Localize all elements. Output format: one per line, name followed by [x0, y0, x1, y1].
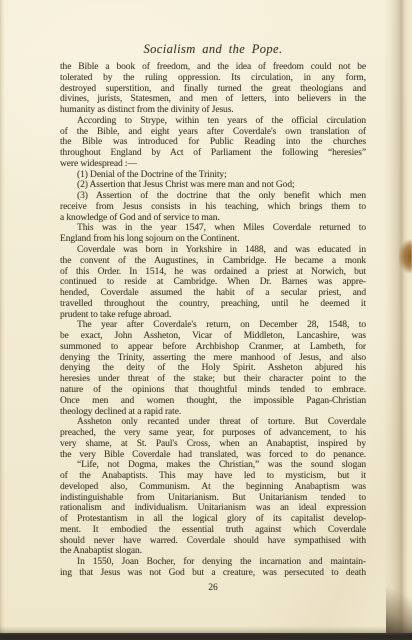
page-title: Socialism and the Pope. [60, 42, 366, 57]
text-line: travelled throughout the country, preach… [60, 299, 366, 310]
text-line: heresies under threat of the stake; but … [60, 374, 366, 385]
text-line: should never have warred. Coverdale shou… [60, 536, 366, 547]
text-line: ment. It embodied the essential truth ag… [60, 525, 366, 536]
text-line: summoned to appear before Archbishop Cra… [60, 342, 366, 353]
text-line: the Anabaptist slogan. [60, 546, 366, 557]
bottom-background-strip [0, 633, 412, 640]
list-item: (1) Denial of the Doctrine of the Trinit… [60, 170, 366, 181]
bottom-fold-shadow [0, 626, 412, 633]
text-line: (3) Assertion of the doctrine that the o… [60, 191, 366, 202]
paragraph: This was in the year 1547, when Miles Co… [60, 223, 366, 245]
text-line: humanity as distinct from the divinity o… [60, 105, 366, 116]
text-line: of the Bible, and eight years after Cove… [60, 127, 366, 138]
text-line: the convent of the Augustines, in Cambri… [60, 256, 366, 267]
right-page-fore-edge [384, 0, 412, 633]
text-line: denying the deity of the Holy Spirit. As… [60, 363, 366, 374]
text-line: destroyed superstition, and finally turn… [60, 84, 366, 95]
paragraph: Coverdale was born in Yorkshire in 1488,… [60, 245, 366, 320]
edge-stain [399, 240, 412, 273]
text-line: ing that Jesus was not God but a creatur… [60, 568, 366, 579]
text-line: divines, jurists, Statesmen, and men of … [60, 94, 366, 105]
paragraph: In 1550, Joan Bocher, for denying the in… [60, 557, 366, 579]
text-column: the Bible a book of freedom, and the ide… [60, 62, 366, 579]
bottom-right-corner-shadow [386, 558, 412, 633]
text-line: were widespread :— [60, 159, 366, 170]
text-line: of this Order. In 1514, he was ordained … [60, 267, 366, 278]
paragraph: Assheton only recanted under threat of t… [60, 417, 366, 460]
text-line: In 1550, Joan Bocher, for denying the in… [60, 557, 366, 568]
paragraph: the Bible a book of freedom, and the ide… [60, 62, 366, 116]
text-line: the Bible was introduced for Public Read… [60, 137, 366, 148]
paragraph: According to Strype, within ten years of… [60, 116, 366, 170]
text-line: The year after Coverdale's return, on De… [60, 320, 366, 331]
text-line: This was in the year 1547, when Miles Co… [60, 223, 366, 234]
text-line: Assheton only recanted under threat of t… [60, 417, 366, 428]
text-line: developed also, Communism. At the beginn… [60, 482, 366, 493]
text-line: prudent to take refuge abroad. [60, 310, 366, 321]
left-edge-shadow [0, 0, 5, 633]
text-line: nature of the opinions that thoughtful m… [60, 385, 366, 396]
text-line: the Bible a book of freedom, and the ide… [60, 62, 366, 73]
text-line: preached, the very same year, for purpos… [60, 428, 366, 439]
text-line: theology declined at a rapid rate. [60, 407, 366, 418]
text-line: a knowledge of God and of service to man… [60, 213, 366, 224]
text-line: very shame, at St. Paul's Cross, when an… [60, 439, 366, 450]
text-line: denying the Trinity, asserting the mere … [60, 353, 366, 364]
text-line: rationalism and individualism. Unitarian… [60, 503, 366, 514]
text-line: tolerated by the ruling oppression. Its … [60, 73, 366, 84]
text-line: According to Strype, within ten years of… [60, 116, 366, 127]
text-line: of the Anabaptists. This may have led to… [60, 471, 366, 482]
text-line: England from his long sojourn on the Con… [60, 234, 366, 245]
text-line: Once men and women thought, the impossib… [60, 396, 366, 407]
text-line: Coverdale was born in Yorkshire in 1488,… [60, 245, 366, 256]
text-line: indistinguishable from Unitarianism. But… [60, 493, 366, 504]
text-line: (1) Denial of the Doctrine of the Trinit… [60, 170, 366, 181]
text-line: receive from Jesus consists in his teach… [60, 202, 366, 213]
scanned-book-page: Socialism and the Pope. the Bible a book… [0, 0, 412, 640]
text-line: hended, Coverdale assumed the habit of a… [60, 288, 366, 299]
list-item: (2) Assertion that Jesus Christ was mere… [60, 180, 366, 191]
text-line: continued to reside at Cambridge. When D… [60, 277, 366, 288]
text-line: (2) Assertion that Jesus Christ was mere… [60, 180, 366, 191]
paragraph: “Life, not Dogma, makes the Christian,” … [60, 460, 366, 557]
list-item: (3) Assertion of the doctrine that the o… [60, 191, 366, 223]
text-line: be exact, John Assheton, Vicar of Middle… [60, 331, 366, 342]
text-line: “Life, not Dogma, makes the Christian,” … [60, 460, 366, 471]
paragraph: The year after Coverdale's return, on De… [60, 320, 366, 417]
text-line: the very Bible Coverdale had translated,… [60, 450, 366, 461]
page-number: 26 [60, 583, 366, 593]
text-line: of Protestantism in all the logical glor… [60, 514, 366, 525]
text-line: throughout England by Act of Parliament … [60, 148, 366, 159]
